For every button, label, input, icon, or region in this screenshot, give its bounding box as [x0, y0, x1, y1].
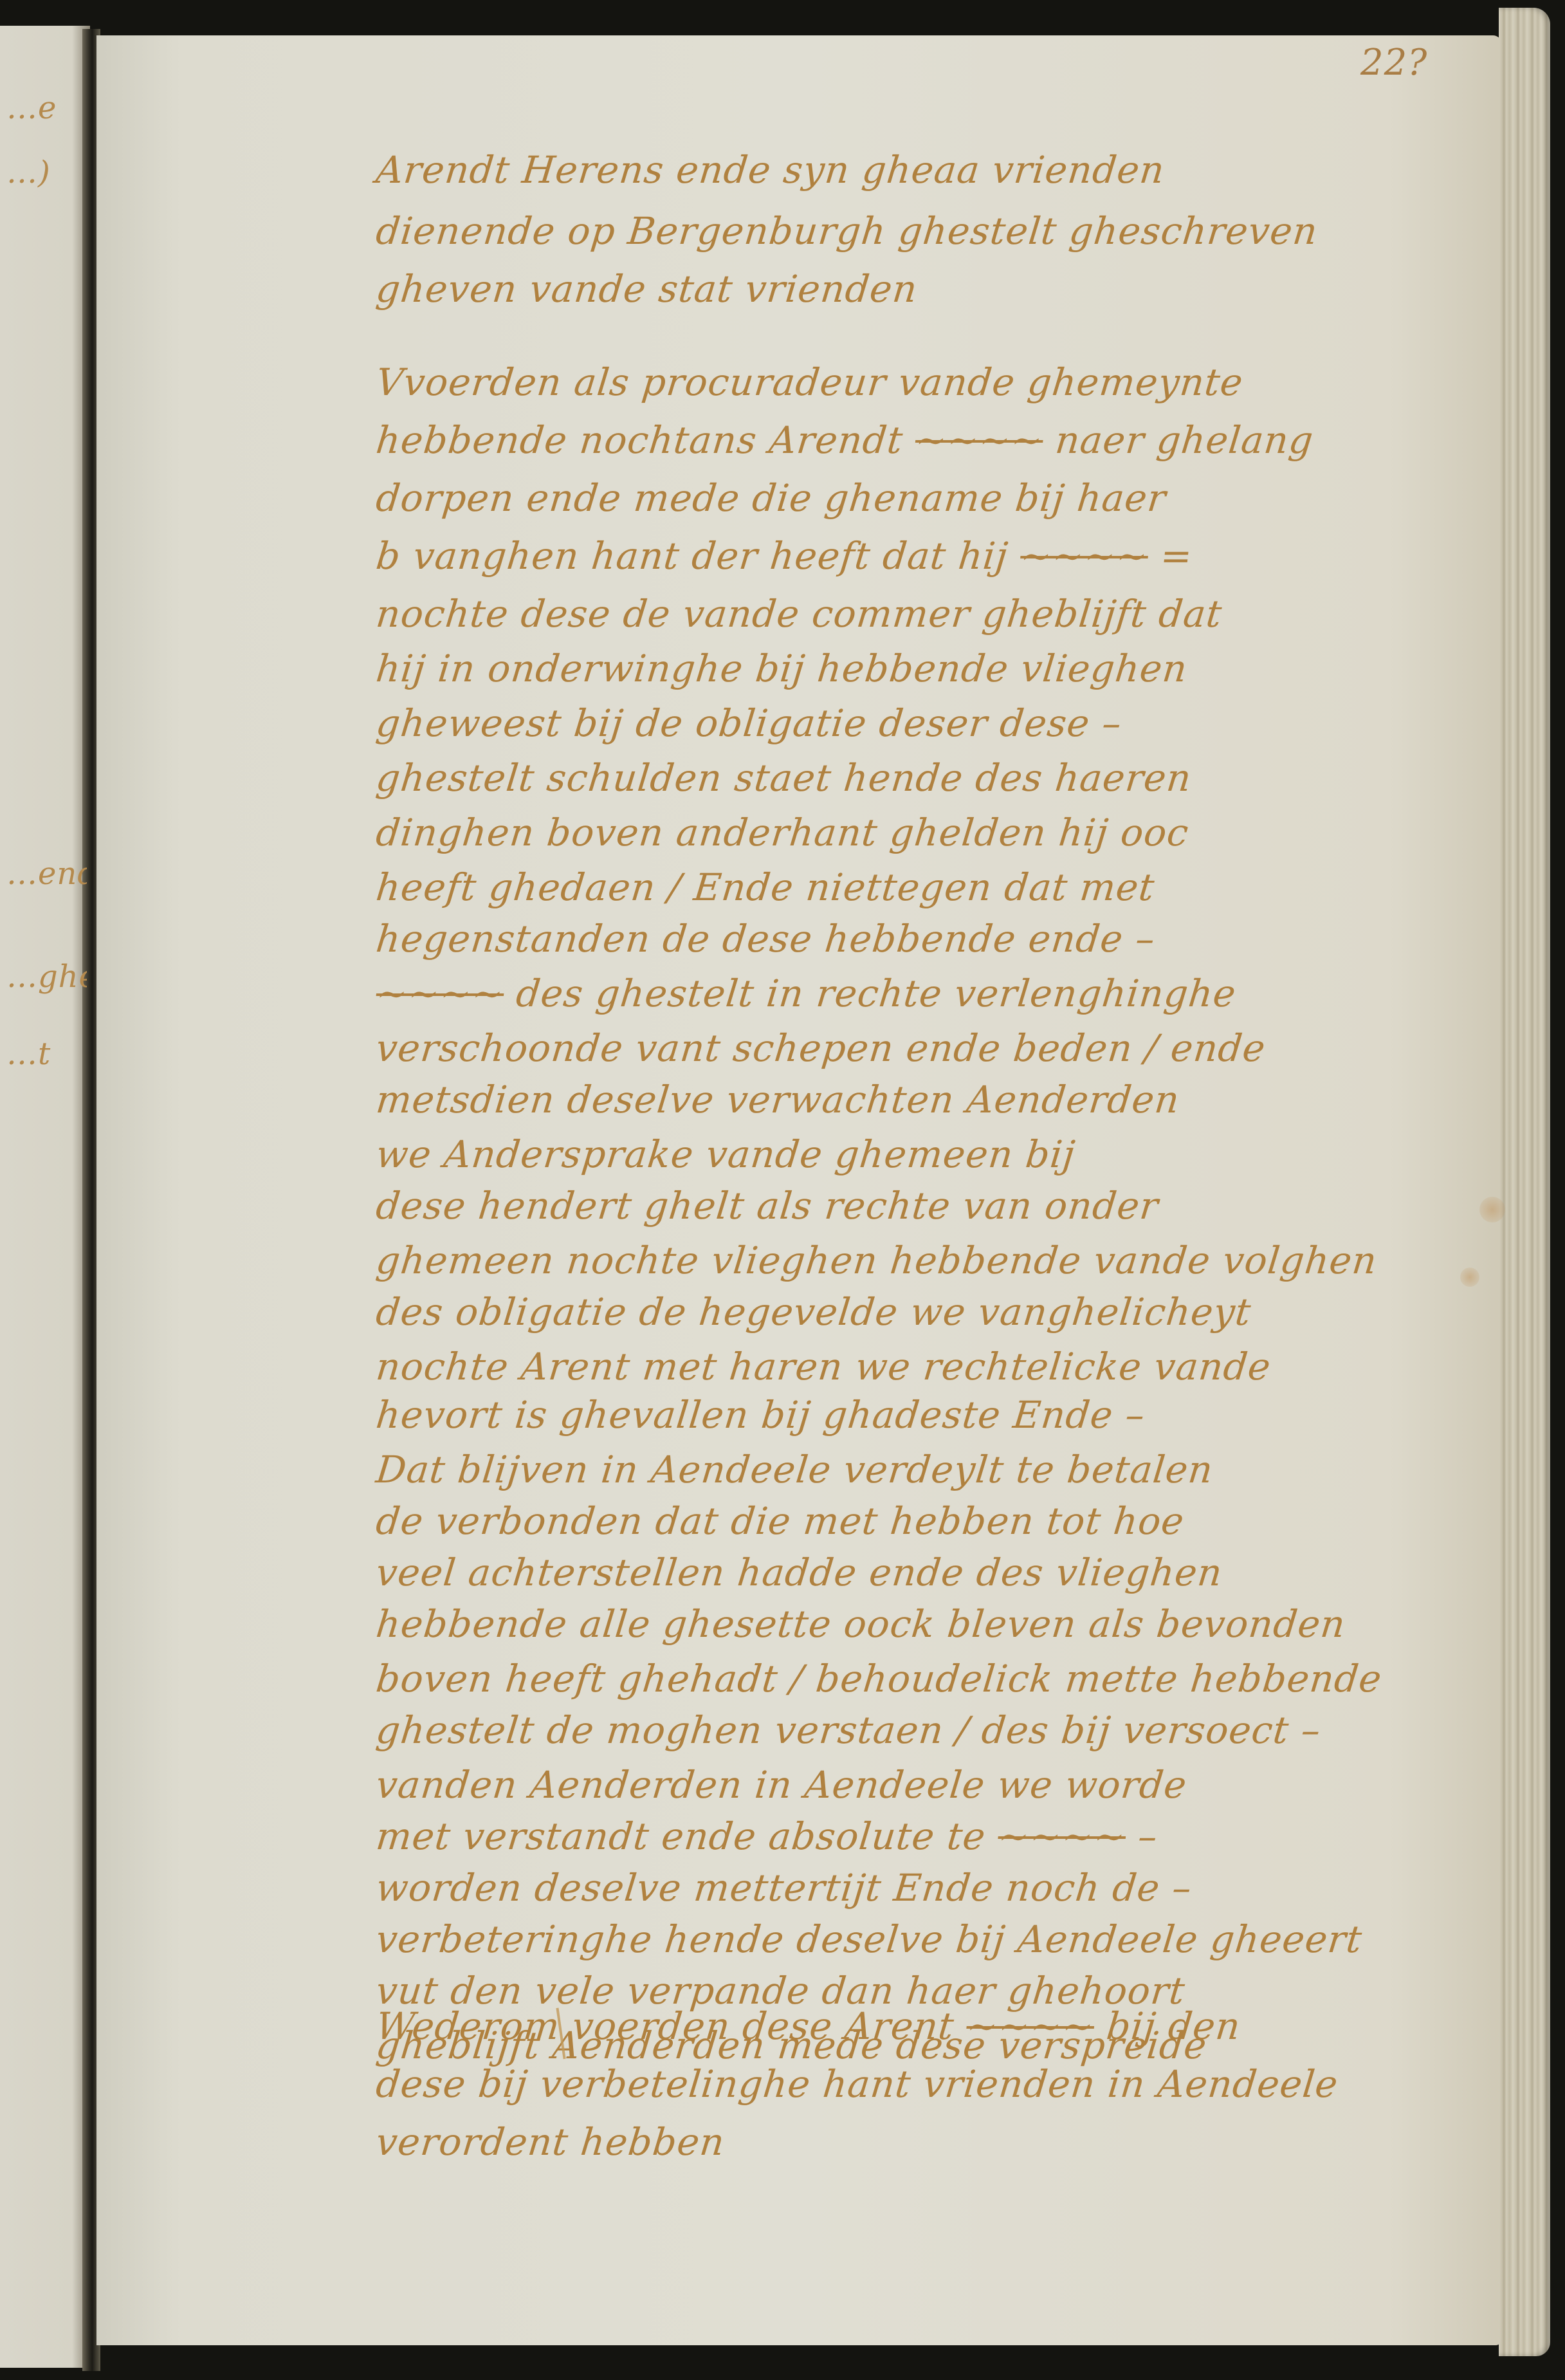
margin-fragment: …)	[6, 154, 87, 190]
manuscript-line: worden deselve mettertijt Ende noch de –	[374, 1869, 1194, 1906]
manuscript-line: hegenstanden de dese hebbende ende –	[374, 920, 1157, 957]
book-fore-edge	[1499, 8, 1550, 2356]
manuscript-line: boven heeft ghehadt / behoudelick mette …	[374, 1660, 1384, 1697]
manuscript-line: ghestelt de moghen verstaen / des bij ve…	[374, 1711, 1322, 1749]
manuscript-line: Dat blijven in Aendeele verdeylt te beta…	[374, 1451, 1215, 1488]
manuscript-line: dorpen ende mede die ghename bij haer	[374, 479, 1168, 517]
manuscript-line: veel achterstellen hadde ende des vliegh…	[374, 1554, 1224, 1591]
manuscript-line: des obligatie de hegevelde we vanghelich…	[374, 1293, 1253, 1331]
margin-fragment: …ghe	[6, 959, 87, 995]
manuscript-line: Wederom voerden dese Arent ~~~~ bij den	[374, 2007, 1243, 2045]
manuscript-line: dienende op Bergenburgh ghestelt gheschr…	[374, 212, 1320, 250]
manuscript-line: b vanghen hant der heeft dat hij ~~~~ =	[374, 537, 1194, 575]
manuscript-line: vanden Aenderden in Aendeele we worde	[374, 1766, 1189, 1803]
manuscript-line: verordent hebben	[374, 2123, 727, 2161]
struck-through-word: ~~~~	[996, 1814, 1128, 1858]
struck-through-word: ~~~~	[964, 2004, 1097, 2048]
struck-through-word: ~~~~	[913, 418, 1046, 462]
ink-stain	[1460, 1268, 1479, 1287]
manuscript-line: met verstandt ende absolute te ~~~~ –	[374, 1818, 1160, 1855]
manuscript-line: Vvoerden als procuradeur vande ghemeynte	[374, 364, 1245, 401]
manuscript-line: verschoonde vant schepen ende beden / en…	[374, 1029, 1268, 1067]
manuscript-line: nochte Arent met haren we rechtelicke va…	[374, 1348, 1273, 1385]
manuscript-line: hij in onderwinghe bij hebbende vlieghen	[374, 650, 1189, 687]
manuscript-line: metsdien deselve verwachten Aenderden	[374, 1081, 1182, 1118]
margin-fragment: …e	[6, 90, 87, 126]
facing-left-page	[0, 26, 90, 2368]
struck-through-word: ~~~~	[1018, 534, 1151, 578]
manuscript-line: dinghen boven anderhant ghelden hij ooc	[374, 814, 1191, 851]
manuscript-line: hebbende nochtans Arendt ~~~~ naer ghela…	[374, 421, 1315, 459]
manuscript-line: de verbonden dat die met hebben tot hoe	[374, 1502, 1186, 1540]
manuscript-line: nochte dese de vande commer gheblijft da…	[374, 595, 1224, 632]
struck-through-word: ~~~~	[374, 972, 506, 1015]
manuscript-line: ~~~~ des ghestelt in rechte verlenghingh…	[374, 975, 1238, 1012]
margin-fragment: …t	[6, 1036, 87, 1072]
manuscript-line: Arendt Herens ende syn gheaa vrienden	[374, 151, 1167, 189]
manuscript-line: dese hendert ghelt als rechte van onder	[374, 1187, 1160, 1224]
manuscript-line: gheweest bij de obligatie deser dese –	[374, 705, 1124, 742]
manuscript-line: hevort is ghevallen bij ghadeste Ende –	[374, 1396, 1147, 1434]
manuscript-line: ghemeen nochte vlieghen hebbende vande v…	[374, 1242, 1379, 1279]
manuscript-line: hebbende alle ghesette oock bleven als b…	[374, 1605, 1348, 1643]
manuscript-line: we Andersprake vande ghemeen bij	[374, 1136, 1077, 1173]
margin-fragment: …ende	[6, 856, 87, 892]
manuscript-line: dese bij verbetelinghe hant vrienden in …	[374, 2065, 1340, 2103]
manuscript-line: gheven vande stat vrienden	[374, 270, 919, 308]
folio-number: 22?	[1360, 42, 1427, 84]
manuscript-line: ghestelt schulden staet hende des haeren	[374, 759, 1193, 797]
ink-stain	[1479, 1197, 1505, 1222]
manuscript-line: heeft ghedaen / Ende niettegen dat met	[374, 869, 1157, 906]
manuscript-line: verbeteringhe hende deselve bij Aendeele…	[374, 1921, 1364, 1958]
